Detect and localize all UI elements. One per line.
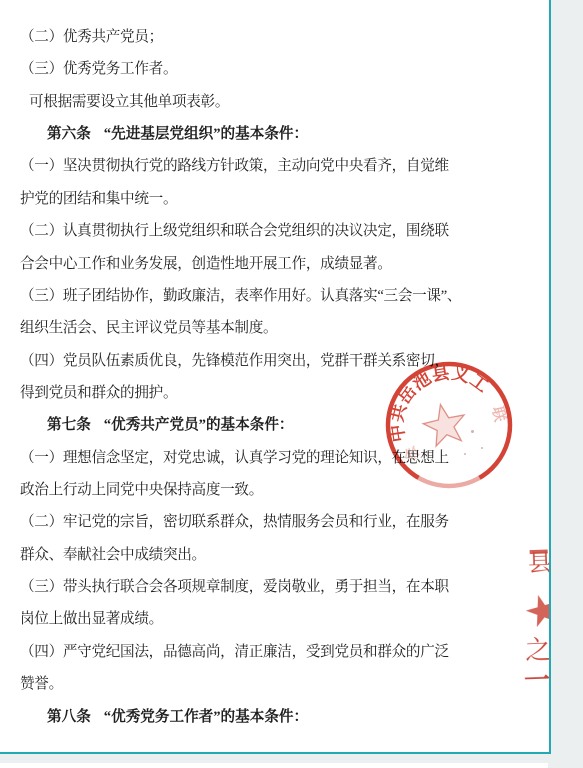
document-line: （四）严守党纪国法，品德高尚，清正廉洁，受到党员和群众的广泛: [20, 636, 520, 668]
document-page: （二）优秀共产党员； （三）优秀党务工作者。 可根据需要设立其他单项表彰。 第六…: [0, 0, 551, 754]
article-number: 第七条: [47, 417, 91, 433]
seam-seal-char: 一: [524, 667, 551, 694]
document-line: 护党的团结和集中统一。: [20, 183, 520, 215]
article-number: 第八条: [47, 709, 91, 725]
document-line: 赞誉。: [20, 668, 520, 700]
document-line: （三）带头执行联合会各项规章制度，爱岗敬业，勇于担当，在本职: [20, 571, 520, 603]
ink-speck: [471, 430, 474, 433]
official-seal: 中共岳池县义工 联 会: [381, 357, 517, 493]
document-line-article-6: 第六条“先进基层党组织”的基本条件：: [47, 118, 520, 150]
ink-speck: [464, 453, 466, 455]
article-title: “先进基层党组织”的基本条件：: [104, 126, 308, 142]
article-number: 第六条: [47, 126, 91, 142]
seal-bottom-char-faded: 会: [400, 443, 423, 465]
document-line: 合会中心工作和业务发展，创造性地开展工作，成绩显著。: [20, 248, 520, 280]
document-line: （一）坚决贯彻执行党的路线方针政策，主动向党中央看齐，自觉维: [20, 150, 520, 182]
seam-seal-char: 之: [525, 637, 551, 664]
article-title: “优秀共产党员”的基本条件：: [104, 417, 294, 433]
document-line: 群众、奉献社会中成绩突出。: [20, 539, 520, 571]
seam-seal: 县 ★ 之 一: [511, 543, 551, 694]
seal-fade-overlay: [419, 478, 480, 486]
seam-seal-char: 县: [528, 551, 551, 576]
document-line: 岗位上做出显著成绩。: [20, 603, 520, 635]
document-line: （二）优秀共产党员；: [20, 21, 520, 53]
document-line: （二）认真贯彻执行上级党组织和联合会党组织的决议决定，围绕联: [20, 215, 520, 247]
star-icon: [420, 400, 469, 448]
article-title: “优秀党务工作者”的基本条件：: [104, 709, 308, 725]
document-viewer: { "page": { "background": "#ffffff", "ca…: [0, 0, 583, 768]
ink-speck: [481, 447, 483, 449]
document-line-article-8: 第八条“优秀党务工作者”的基本条件：: [47, 701, 520, 733]
star-icon: ★: [519, 585, 551, 636]
document-line: 可根据需要设立其他单项表彰。: [29, 86, 520, 118]
document-line: （三）班子团结协作，勤政廉洁，表率作用好。认真落实“三会一课”、: [20, 280, 520, 312]
document-line: 组织生活会、民主评议党员等基本制度。: [20, 312, 520, 344]
next-page-edge: [0, 763, 548, 768]
document-line: （三）优秀党务工作者。: [20, 53, 520, 85]
document-line: （二）牢记党的宗旨，密切联系群众，热情服务会员和行业，在服务: [20, 506, 520, 538]
